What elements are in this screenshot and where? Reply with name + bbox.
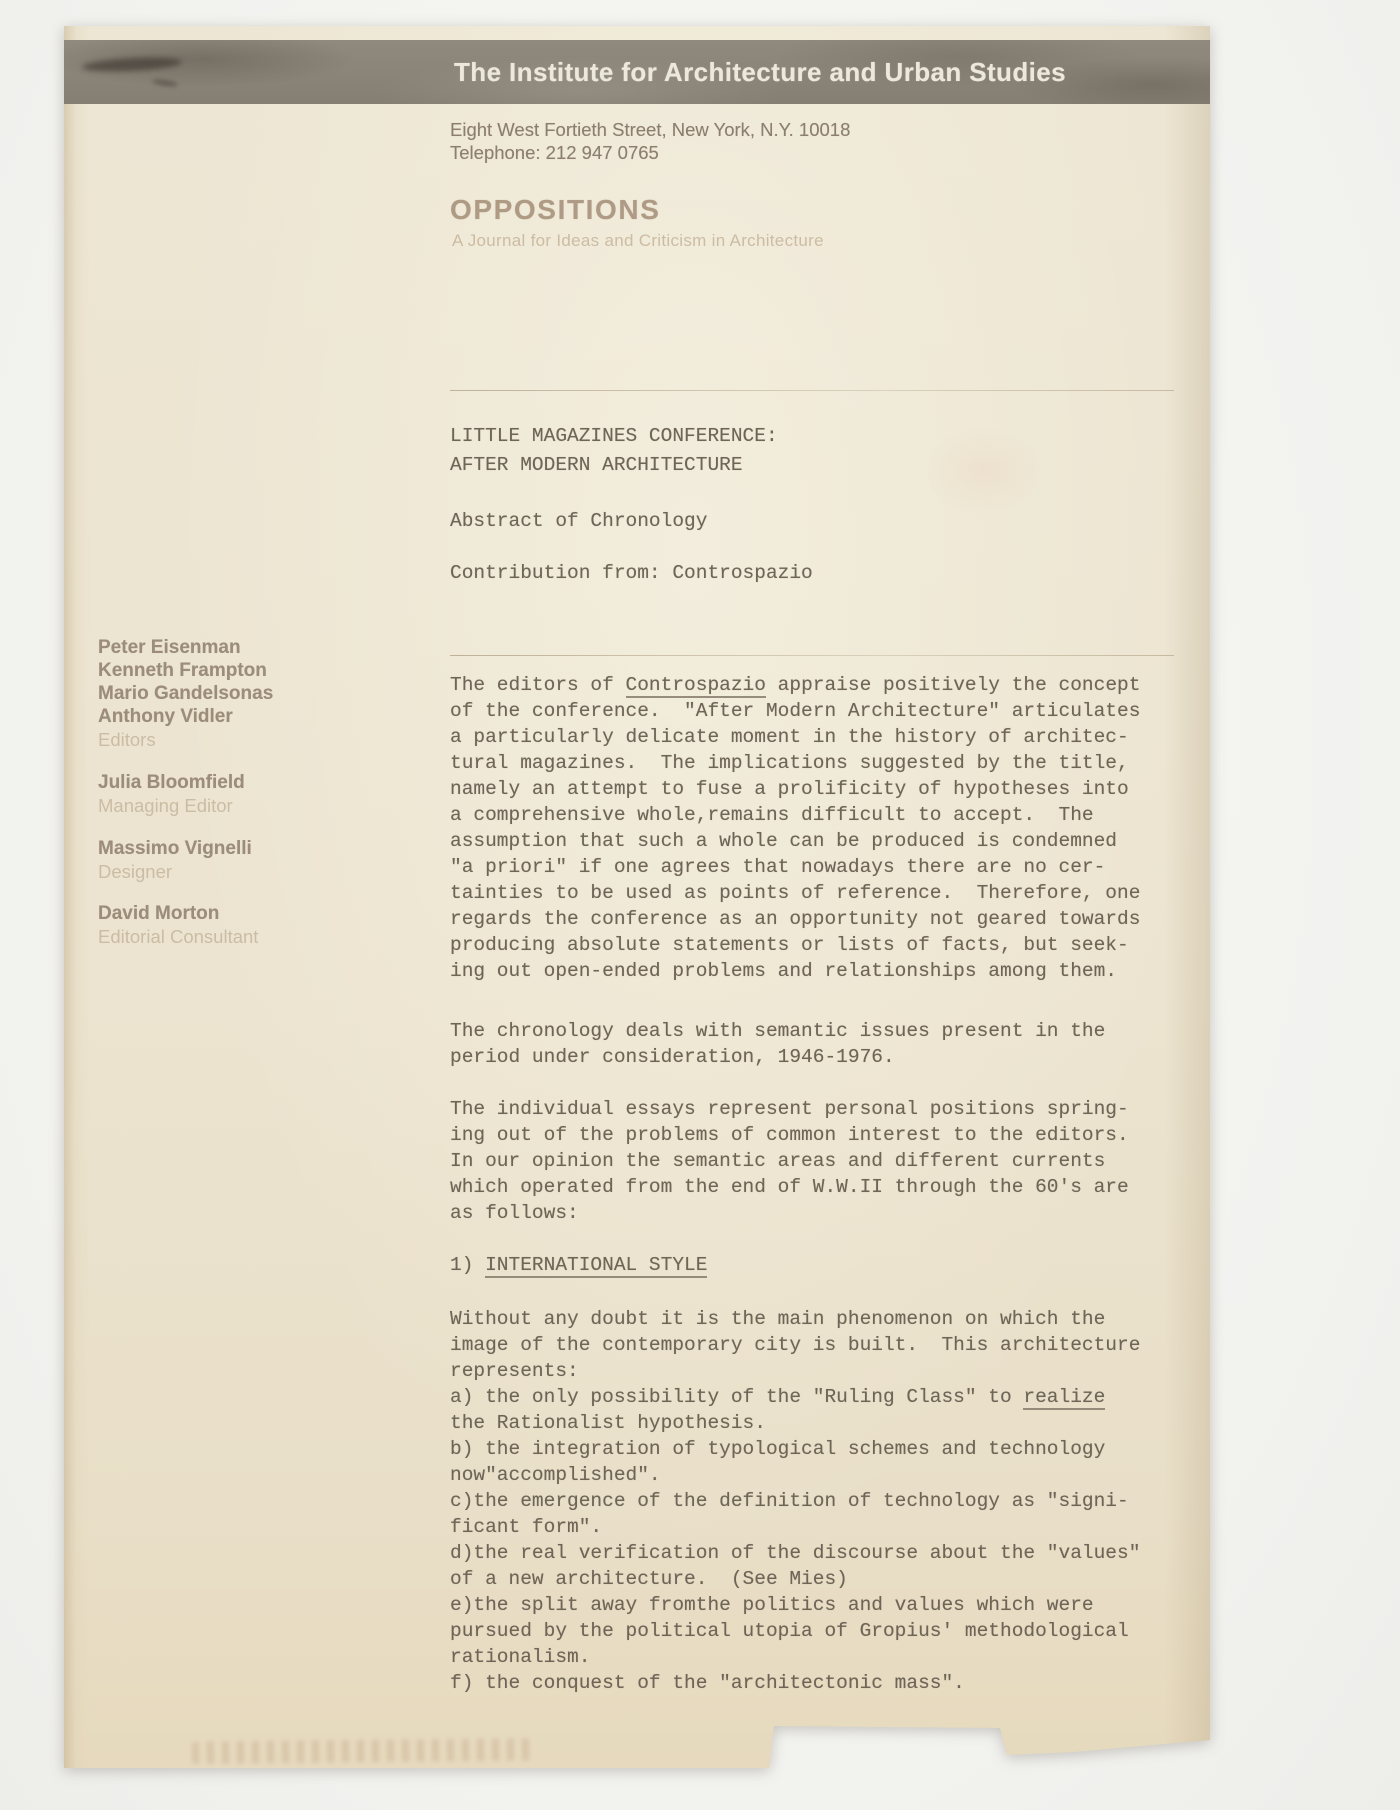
body-line: The individual essays represent personal… — [450, 1096, 1129, 1122]
body-line: regards the conference as an opportunity… — [450, 906, 1140, 932]
masthead-name: Peter Eisenman — [98, 636, 273, 659]
contribution-line: Contribution from: Controspazio — [450, 560, 813, 586]
body-line: f) the conquest of the "architectonic ma… — [450, 1670, 1140, 1696]
body-line: the Rationalist hypothesis. — [450, 1410, 1140, 1436]
body-line: as follows: — [450, 1200, 1129, 1226]
body-line: a) the only possibility of the "Ruling C… — [450, 1384, 1140, 1410]
body-line: The chronology deals with semantic issue… — [450, 1018, 1105, 1044]
body-line: which operated from the end of W.W.II th… — [450, 1174, 1129, 1200]
masthead-name: David Morton — [98, 902, 258, 925]
underlined-text: INTERNATIONAL STYLE — [485, 1254, 707, 1278]
conference-title-line: LITTLE MAGAZINES CONFERENCE: — [450, 422, 778, 451]
underlined-text: Controspazio — [626, 674, 766, 698]
body-line: period under consideration, 1946-1976. — [450, 1044, 1105, 1070]
body-line: represents: — [450, 1358, 1140, 1384]
masthead-name: Julia Bloomfield — [98, 771, 245, 794]
body-line: producing absolute statements or lists o… — [450, 932, 1140, 958]
body-line: tural magazines. The implications sugges… — [450, 750, 1140, 776]
conference-title-line: AFTER MODERN ARCHITECTURE — [450, 451, 778, 480]
ink-smudge-mark — [82, 55, 183, 73]
conference-title: LITTLE MAGAZINES CONFERENCE:AFTER MODERN… — [450, 422, 778, 480]
body-paragraph: The chronology deals with semantic issue… — [450, 1018, 1105, 1070]
masthead-name: Massimo Vignelli — [98, 837, 252, 860]
body-line: tainties to be used as points of referen… — [450, 880, 1140, 906]
institute-title: The Institute for Architecture and Urban… — [454, 57, 1066, 88]
section-heading-line: 1) INTERNATIONAL STYLE — [450, 1252, 707, 1278]
letterhead-banner: The Institute for Architecture and Urban… — [64, 40, 1210, 104]
body-line: assumption that such a whole can be prod… — [450, 828, 1140, 854]
body-line: d)the real verification of the discourse… — [450, 1540, 1140, 1566]
body-line: image of the contemporary city is built.… — [450, 1332, 1140, 1358]
address-line-2: Telephone: 212 947 0765 — [450, 141, 850, 164]
masthead-role: Designer — [98, 860, 252, 883]
body-line: now"accomplished". — [450, 1462, 1140, 1488]
ink-smudge-mark — [152, 78, 179, 88]
body-line: In our opinion the semantic areas and di… — [450, 1148, 1129, 1174]
paper-sheet: The Institute for Architecture and Urban… — [64, 26, 1210, 1770]
journal-name: OPPOSITIONS — [450, 194, 661, 226]
body-line: a comprehensive whole,remains difficult … — [450, 802, 1140, 828]
masthead-role: Editorial Consultant — [98, 925, 258, 948]
body-line: "a priori" if one agrees that nowadays t… — [450, 854, 1140, 880]
journal-subtitle: A Journal for Ideas and Criticism in Arc… — [452, 231, 824, 251]
divider-rule-body — [450, 655, 1174, 656]
masthead-role: Editors — [98, 728, 273, 751]
body-line: ing out of the problems of common intere… — [450, 1122, 1129, 1148]
masthead-group: David MortonEditorial Consultant — [98, 902, 258, 948]
abstract-line: Abstract of Chronology — [450, 508, 707, 534]
body-line: namely an attempt to fuse a prolificity … — [450, 776, 1140, 802]
masthead-role: Managing Editor — [98, 794, 245, 817]
body-line: of a new architecture. (See Mies) — [450, 1566, 1140, 1592]
faint-stain-mark — [924, 426, 1044, 516]
underlined-text: realize — [1023, 1386, 1105, 1410]
body-paragraph: The editors of Controspazio appraise pos… — [450, 672, 1140, 984]
letter-page: The Institute for Architecture and Urban… — [64, 26, 1210, 1770]
divider-rule-top — [450, 390, 1174, 391]
masthead-name: Anthony Vidler — [98, 705, 273, 728]
body-line: ing out open-ended problems and relation… — [450, 958, 1140, 984]
body-line: of the conference. "After Modern Archite… — [450, 698, 1140, 724]
masthead-group: Peter EisenmanKenneth FramptonMario Gand… — [98, 636, 273, 751]
body-line: The editors of Controspazio appraise pos… — [450, 672, 1140, 698]
body-line: e)the split away fromthe politics and va… — [450, 1592, 1140, 1618]
address-block: Eight West Fortieth Street, New York, N.… — [450, 118, 850, 164]
body-line: b) the integration of typological scheme… — [450, 1436, 1140, 1462]
body-line: a particularly delicate moment in the hi… — [450, 724, 1140, 750]
faded-stamp-mark — [192, 1738, 532, 1764]
masthead-name: Mario Gandelsonas — [98, 682, 273, 705]
masthead-group: Massimo VignelliDesigner — [98, 837, 252, 883]
address-line-1: Eight West Fortieth Street, New York, N.… — [450, 118, 850, 141]
scanner-background: The Institute for Architecture and Urban… — [0, 0, 1400, 1810]
body-paragraph: Without any doubt it is the main phenome… — [450, 1306, 1140, 1696]
body-line: pursued by the political utopia of Gropi… — [450, 1618, 1140, 1644]
body-line: Without any doubt it is the main phenome… — [450, 1306, 1140, 1332]
body-line: ficant form". — [450, 1514, 1140, 1540]
section-heading: 1) INTERNATIONAL STYLE — [450, 1252, 707, 1278]
masthead-group: Julia BloomfieldManaging Editor — [98, 771, 245, 817]
body-paragraph: The individual essays represent personal… — [450, 1096, 1129, 1226]
body-line: rationalism. — [450, 1644, 1140, 1670]
masthead-name: Kenneth Frampton — [98, 659, 273, 682]
body-line: c)the emergence of the definition of tec… — [450, 1488, 1140, 1514]
